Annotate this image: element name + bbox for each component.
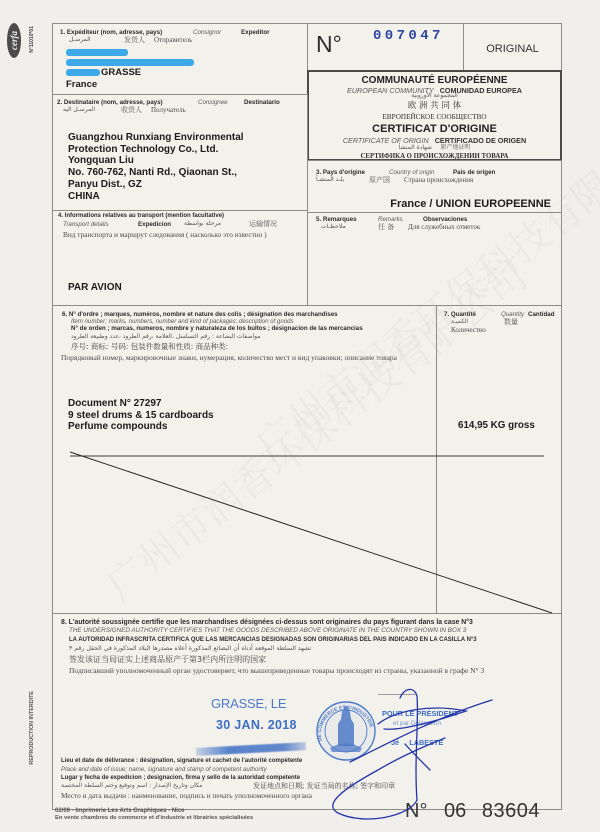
community-ar: المجموعة الأوروبية	[309, 93, 560, 100]
consignor-city: GRASSE	[101, 68, 141, 78]
redaction-mark	[66, 69, 100, 76]
issue-label-ar: مكان وتاريخ الإصدار : اسم وتوقيع وختم ال…	[61, 783, 202, 790]
ink-smear	[196, 742, 306, 756]
serial-number: 007047	[373, 29, 444, 44]
issue-label-en: Place and date of issue; name, signature…	[61, 767, 267, 774]
goods-line: 9 steel drums & 15 cardboards	[68, 410, 214, 421]
consignor-label-ar: المرسـل	[69, 37, 91, 44]
issue-label-es: Lugar y fecha de expedicion ; designacio…	[61, 775, 300, 782]
certificate-title-ar: شهادة المنشأ	[399, 144, 432, 151]
certificate-title-en-es: CERTIFICATE OF ORIGIN CERTIFICADO DE ORI…	[309, 137, 560, 145]
certificate-title-ar-zh: شهادة المنشأ 原产地证明	[309, 145, 560, 152]
goods-label-ar: مواصفات البضاعة : رقم التسلسل ،العلامة ،…	[71, 334, 260, 341]
form-serial-label: N°	[405, 800, 427, 822]
cerfa-form-number: N°11010*01	[29, 26, 35, 53]
transport-label-zh: 运输情况	[249, 221, 277, 229]
signatory-line2: et par Délégation	[393, 721, 441, 728]
community-zh: 欧 洲 共 同 体	[309, 102, 560, 111]
certification-label-en: THE UNDERSIGNED AUTHORITY CERTIFIES THAT…	[69, 628, 466, 635]
consignor-label-ru: Отправитель	[154, 37, 192, 45]
consignee-label-ru: Получатель	[151, 107, 186, 115]
consignee-line: Yongquan Liu	[68, 155, 134, 166]
consignee-label-en: Consignee	[198, 100, 228, 107]
cerfa-logo-text: cerfa	[9, 31, 19, 50]
goods-label-zh: 序号: 商标: 号码: 包装件数量和性质: 商品种类:	[71, 343, 228, 351]
signatory-line3: Jé LABESTE	[391, 739, 443, 747]
box-remarks: 5. Remarques Remarks Observaciones ملاحظ…	[307, 212, 562, 306]
certification-label-es: LA AUTORIDAD INFRASCRITA CERTIFICA QUE L…	[69, 637, 477, 644]
cerfa-logo: cerfa	[7, 23, 21, 58]
box-transport: 4. Informations relatives au transport (…	[52, 210, 308, 306]
quantity-value: 614,95 KG gross	[458, 421, 535, 432]
copy-type-box: ORIGINAL	[463, 23, 562, 71]
box-consignee: 2. Destinataire (nom, adresse, pays) Con…	[52, 94, 308, 211]
transport-label-es: Expedicion	[138, 222, 171, 229]
certificate-of-origin-page: cerfa N°11010*01 REPRODUCTION INTERDITE …	[0, 0, 600, 832]
transport-label-ar: مرحلة بواسطة	[184, 221, 221, 228]
consignee-label-es: Destinatario	[244, 100, 280, 107]
certificate-title-fr: CERTIFICAT D'ORIGINE	[309, 123, 560, 135]
consignee-line: Panyu Dist., GZ	[68, 179, 142, 190]
issue-label-zh: 发证地点和日期; 发证当局的名称; 签字和印章	[253, 783, 395, 791]
goods-line: Document N° 27297	[68, 398, 161, 409]
consignee-line: No. 760-762, Nanti Rd., Qiaonan St.,	[68, 167, 237, 178]
community-ru: ЕВРОПЕЙСКОЕ СООБЩЕСТВО	[309, 114, 560, 122]
origin-label-ar: بلـد المنشـأ	[316, 177, 344, 184]
form-serial-prefix: 06	[444, 800, 466, 822]
certification-label-ar: تشهد السلطة الموقعة أدناه أن البضائع الم…	[69, 646, 311, 653]
redaction-mark	[66, 59, 194, 66]
certification-label-ru: Подписавший уполномоченный орган удостов…	[69, 667, 484, 675]
origin-label-zh: 原产国	[369, 177, 390, 185]
certificate-title-ru: СЕРТИФИКА О ПРОИСХОЖДЕНИИ ТОВАРА	[309, 153, 560, 160]
transport-label-en: Transport details	[63, 222, 109, 229]
certification-label-fr: 8. L'autorité soussignée certifie que le…	[61, 619, 473, 627]
quantity-label-ru: Количество	[451, 327, 486, 335]
quantity-label-es: Cantidad	[528, 312, 554, 319]
form-serial-number: 83604	[482, 800, 540, 822]
date-stamp: 30 JAN. 2018	[216, 719, 297, 733]
title-block: COMMUNAUTÉ EUROPÉENNE EUROPEAN COMMUNITY…	[307, 70, 562, 161]
consignee-line: Guangzhou Runxiang Environmental	[68, 132, 244, 143]
box-quantity: 7. Quantité Quantity Cantidad الكميـة 数量…	[436, 305, 562, 614]
transport-value: PAR AVION	[68, 282, 122, 293]
remarks-label-ru: Для служебных отметок	[408, 224, 480, 232]
consignor-label-es: Expeditor	[241, 30, 270, 37]
box-consignor: 1. Expéditeur (nom, adresse, pays) Consi…	[52, 23, 308, 95]
quantity-label-zh: 数量	[504, 319, 518, 327]
consignor-label-en: Consignor	[193, 30, 221, 37]
origin-value: France / UNION EUROPEENNE	[390, 198, 551, 210]
certificate-title-zh: 原产地证明	[440, 144, 470, 151]
issue-label-fr: Lieu et date de délivrance : désignation…	[61, 758, 302, 765]
printer-note: 02/09 - Imprimerie Les Arts Graphiques -…	[55, 808, 185, 815]
signatory-line1: POUR LE PRÉSIDENT	[382, 710, 458, 718]
origin-label-ru: Страна происхождения	[404, 177, 473, 185]
certification-label-zh: 签发该证当局证实上述商品原产于第3栏内所注明的国家	[69, 656, 266, 665]
consignor-label-zh: 发货人	[124, 37, 145, 45]
certificate-number-box: N° 007047	[307, 23, 464, 71]
copy-type-label: ORIGINAL	[486, 43, 539, 55]
transport-label-fr: 4. Informations relatives au transport (…	[58, 213, 224, 220]
signature-line	[378, 694, 416, 695]
issue-label-ru: Место и дата выдачи : наименование, подп…	[61, 792, 312, 800]
remarks-label-ar: ملاحظـات	[321, 224, 346, 231]
consignee-label-zh: 收货人	[121, 107, 142, 115]
goods-line: Perfume compounds	[68, 421, 167, 432]
sales-note: En vente chambres de commerce et d'indus…	[55, 815, 253, 821]
transport-label-ru: Вид транспорта и маршрут следования ( на…	[63, 231, 267, 239]
community-fr: COMMUNAUTÉ EUROPÉENNE	[309, 75, 560, 86]
redaction-mark	[66, 49, 128, 56]
box-certification: 8. L'autorité soussignée certifie que le…	[52, 613, 562, 810]
consignee-line: Protection Technology Co., Ltd.	[68, 144, 218, 155]
box-goods-description: 6. N° d'ordre ; marques, numéros, nombre…	[52, 305, 437, 614]
place-stamp: GRASSE, LE	[211, 697, 286, 711]
form-serial: N° 06 83604	[405, 801, 540, 821]
consignor-country: France	[66, 80, 97, 90]
reproduction-notice: REPRODUCTION INTERDITE	[29, 691, 35, 765]
consignee-line: CHINA	[68, 191, 100, 202]
number-label: N°	[316, 33, 342, 56]
goods-label-ru: Порядковый номер, маркировочные знаки, н…	[61, 354, 397, 362]
consignee-label-ar: المرسـل اليه	[63, 107, 95, 114]
box-country-of-origin: 3. Pays d'origine Country of origin Pais…	[307, 160, 562, 213]
quantity-label-ar: الكميـة	[451, 319, 468, 326]
goods-label-es: N° de orden ; marcas, numeros, nombre y …	[71, 326, 363, 333]
remarks-label-zh: 任 备	[378, 224, 394, 232]
